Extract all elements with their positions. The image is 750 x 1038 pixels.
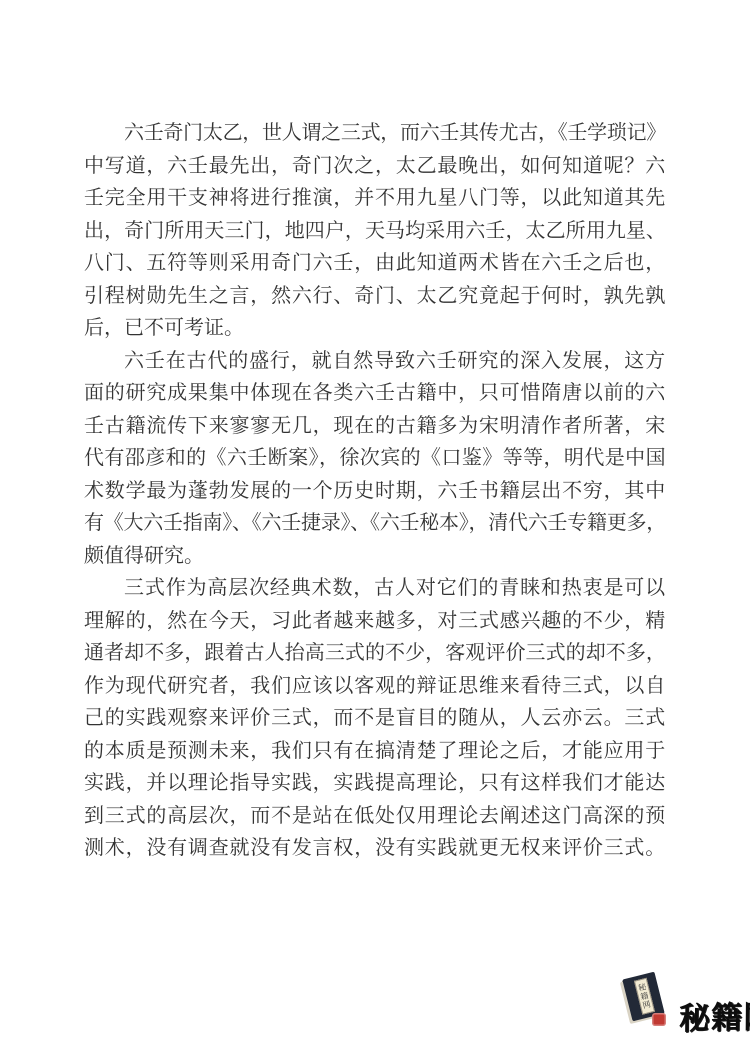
text-line-content: 面的研究成果集中体现在各类六壬古籍中，只可惜隋唐以前的六 (84, 382, 666, 404)
site-name: 秘籍网 (679, 991, 750, 1038)
text-line: 壬完全用干支神将进行推演，并不用九星八门等，以此知道其先 (84, 182, 666, 215)
text-line: 出，奇门所用天三门，地四户，天马均采用六壬，太乙所用九星、 (84, 215, 666, 248)
text-line-content: 中写道，六壬最先出，奇门次之，太乙最晚出，如何知道呢？六 (84, 155, 666, 177)
text-line-content: 有《大六壬指南》、《六壬捷录》、《六壬秘本》，清代六壬专籍更多， (84, 512, 666, 534)
text-line-content: 的本质是预测未来，我们只有在搞清楚了理论之后，才能应用于 (84, 740, 666, 762)
text-line-content: 八门、五符等则采用奇门六壬，由此知道两术皆在六壬之后也， (84, 252, 666, 274)
text-line: 的本质是预测未来，我们只有在搞清楚了理论之后，才能应用于 (84, 735, 666, 768)
text-line: 实践，并以理论指导实践，实践提高理论，只有这样我们才能达 (84, 767, 666, 800)
document-text-block: 六壬奇门太乙，世人谓之三式，而六壬其传尤古，《壬学琐记》 中写道，六壬最先出，奇… (84, 117, 666, 865)
red-seal-icon (652, 1013, 666, 1026)
text-line: 六壬在古代的盛行，就自然导致六壬研究的深入发展，这方 (84, 345, 666, 378)
text-line-content: 代有邵彦和的《六壬断案》，徐次宾的《口鉴》等等，明代是中国 (84, 447, 666, 469)
text-line: 通者却不多，跟着古人抬高三式的不少，客观评价三式的却不多， (84, 637, 666, 670)
text-line: 面的研究成果集中体现在各类六壬古籍中，只可惜隋唐以前的六 (84, 377, 666, 410)
text-line: 后，已不可考证。 (84, 312, 666, 345)
text-line-content: 后，已不可考证。 (84, 317, 244, 339)
text-line: 代有邵彦和的《六壬断案》，徐次宾的《口鉴》等等，明代是中国 (84, 442, 666, 475)
text-line: 己的实践观察来评价三式，而不是盲目的随从，人云亦云。三式 (84, 702, 666, 735)
text-line: 到三式的高层次，而不是站在低处仅用理论去阐述这门高深的预 (84, 800, 666, 833)
text-line: 颇值得研究。 (84, 540, 666, 573)
text-line-content: 理解的，然在今天，习此者越来越多，对三式感兴趣的不少，精 (84, 610, 666, 632)
text-line-content: 到三式的高层次，而不是站在低处仅用理论去阐述这门高深的预 (84, 805, 666, 827)
text-line-content: 壬完全用干支神将进行推演，并不用九星八门等，以此知道其先 (84, 187, 666, 209)
text-line-content: 作为现代研究者，我们应该以客观的辩证思维来看待三式，以自 (84, 675, 666, 697)
text-line-content: 术数学最为蓬勃发展的一个历史时期，六壬书籍层出不穷，其中 (84, 480, 666, 502)
text-line-content: 通者却不多，跟着古人抬高三式的不少，客观评价三式的却不多， (84, 642, 666, 664)
text-line: 壬古籍流传下来寥寥无几，现在的古籍多为宋明清作者所著，宋 (84, 410, 666, 443)
mijiwang-watermark: 秘籍网 秘籍网 (600, 966, 750, 1038)
text-line-content: 壬古籍流传下来寥寥无几，现在的古籍多为宋明清作者所著，宋 (84, 415, 666, 437)
text-line-content: 三式作为高层次经典术数，古人对它们的青睐和热衷是可以 (124, 577, 666, 599)
text-line-content: 出，奇门所用天三门，地四户，天马均采用六壬，太乙所用九星、 (84, 220, 666, 242)
text-line-content: 己的实践观察来评价三式，而不是盲目的随从，人云亦云。三式 (84, 707, 666, 729)
text-line: 测术，没有调查就没有发言权，没有实践就更无权来评价三式。 (84, 832, 666, 865)
text-line-content: 六壬奇门太乙，世人谓之三式，而六壬其传尤古，《壬学琐记》 (124, 122, 666, 144)
paragraph: 三式作为高层次经典术数，古人对它们的青睐和热衷是可以 理解的，然在今天，习此者越… (84, 572, 666, 865)
text-line: 作为现代研究者，我们应该以客观的辩证思维来看待三式，以自 (84, 670, 666, 703)
text-line: 三式作为高层次经典术数，古人对它们的青睐和热衷是可以 (84, 572, 666, 605)
text-line: 六壬奇门太乙，世人谓之三式，而六壬其传尤古，《壬学琐记》 (84, 117, 666, 150)
paragraph: 六壬在古代的盛行，就自然导致六壬研究的深入发展，这方 面的研究成果集中体现在各类… (84, 345, 666, 573)
text-line: 有《大六壬指南》、《六壬捷录》、《六壬秘本》，清代六壬专籍更多， (84, 507, 666, 540)
text-line-content: 六壬在古代的盛行，就自然导致六壬研究的深入发展，这方 (124, 350, 666, 372)
text-line-content: 测术，没有调查就没有发言权，没有实践就更无权来评价三式。 (84, 837, 666, 859)
text-line-content: 实践，并以理论指导实践，实践提高理论，只有这样我们才能达 (84, 772, 666, 794)
paragraph: 六壬奇门太乙，世人谓之三式，而六壬其传尤古，《壬学琐记》 中写道，六壬最先出，奇… (84, 117, 666, 345)
text-line: 理解的，然在今天，习此者越来越多，对三式感兴趣的不少，精 (84, 605, 666, 638)
text-line-content: 引程树勋先生之言，然六行、奇门、太乙究竟起于何时，孰先孰 (84, 285, 666, 307)
text-line: 术数学最为蓬勃发展的一个历史时期，六壬书籍层出不穷，其中 (84, 475, 666, 508)
text-line: 中写道，六壬最先出，奇门次之，太乙最晚出，如何知道呢？六 (84, 150, 666, 183)
text-line: 八门、五符等则采用奇门六壬，由此知道两术皆在六壬之后也， (84, 247, 666, 280)
book-label: 秘籍网 (634, 978, 655, 1015)
text-line: 引程树勋先生之言，然六行、奇门、太乙究竟起于何时，孰先孰 (84, 280, 666, 313)
text-line-content: 颇值得研究。 (84, 545, 204, 567)
